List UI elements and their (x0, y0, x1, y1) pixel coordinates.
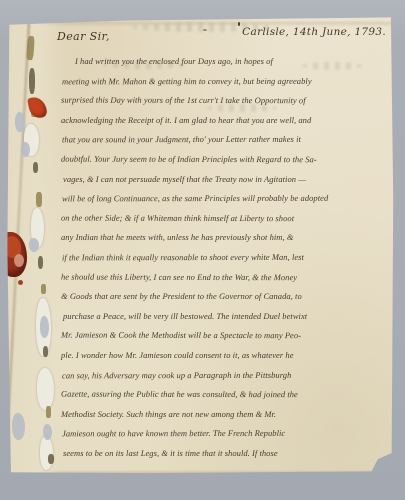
letter-page: Dear Sir, Carlisle, 14th June, 1793. I h… (7, 16, 394, 475)
salutation: Dear Sir, (57, 31, 110, 42)
letter-line: can say, his Adversary may cook up a Par… (62, 365, 388, 385)
letter-line: I had written you the enclosed four Days… (61, 52, 387, 72)
dateline: Carlisle, 14th June, 1793. (166, 27, 386, 38)
letter-line: vages, & I can not persuade myself that … (63, 170, 389, 190)
letter-text: Dear Sir, Carlisle, 14th June, 1793. I h… (7, 16, 394, 475)
letter-line: Methodist Society. Such things are not n… (61, 405, 387, 425)
letter-line: Mr. Jamieson & Cook the Methodist will b… (61, 326, 387, 346)
letter-line: surprised this Day with yours of the 1st… (61, 91, 387, 111)
letter-line: Gazette, assuring the Public that he was… (61, 385, 387, 405)
letter-line: ple. I wonder how Mr. Jamieson could con… (61, 346, 387, 366)
letter-line: meeting with Mr. Mahon & getting him to … (62, 71, 388, 91)
letter-line: on the other Side; & if a Whiteman think… (61, 208, 387, 228)
letter-line: purchase a Peace, will be very ill besto… (63, 307, 389, 327)
letter-line: doubtful. Your Jury seem to be of Indian… (61, 150, 387, 170)
photo-backdrop: Dear Sir, Carlisle, 14th June, 1793. I h… (0, 0, 405, 500)
letter-line: will be of long Continuance, as the same… (62, 189, 388, 209)
letter-line: he should use this Liberty, I can see no… (61, 267, 387, 287)
letter-line: any Indian that he meets with, unless he… (61, 228, 387, 248)
letter-line: if the Indian think it equally reasonabl… (62, 248, 388, 268)
letter-line: that you are sound in your Judgment, tho… (62, 130, 388, 150)
letter-body: I had written you the enclosed four Days… (61, 52, 387, 463)
letter-line: seems to be on its last Legs, & it is ti… (63, 444, 389, 464)
letter-line: Jamieson ought to have known them better… (62, 424, 388, 444)
letter-line: & Goods that are sent by the President t… (61, 287, 387, 307)
letter-line: acknowledging the Receipt of it. I am gl… (61, 111, 387, 131)
